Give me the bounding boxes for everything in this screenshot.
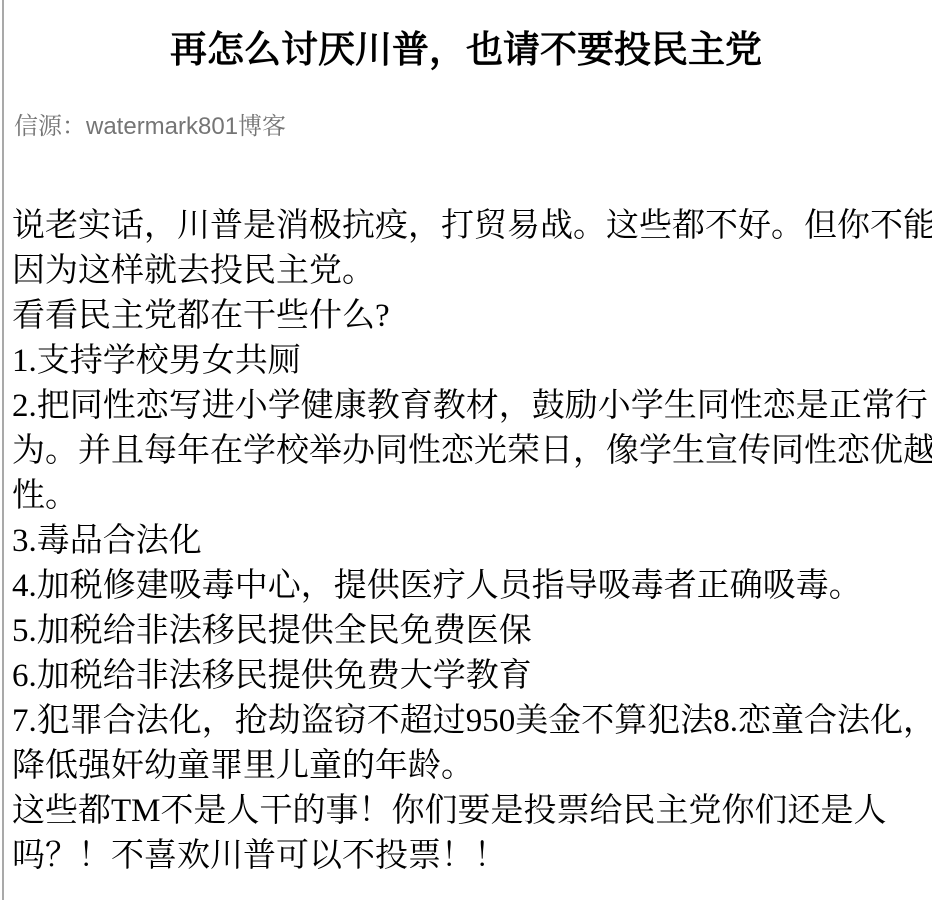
body-line: 这些都TM不是人干的事！你们要是投票给民主党你们还是人: [12, 789, 916, 834]
body-line: 7.犯罪合法化，抢劫盗窃不超过950美金不算犯法8.恋童合法化，: [12, 699, 916, 744]
body-line: 说老实话，川普是消极抗疫，打贸易战。这些都不好。但你不能: [12, 204, 916, 249]
body-line: 降低强奸幼童罪里儿童的年龄。: [12, 744, 916, 789]
body-line: 看看民主党都在干些什么?: [12, 294, 916, 339]
body-line: 5.加税给非法移民提供全民免费医保: [12, 609, 916, 654]
body-line: 因为这样就去投民主党。: [12, 249, 916, 294]
article-title: 再怎么讨厌川普，也请不要投民主党: [0, 26, 932, 74]
body-line: 6.加税给非法移民提供免费大学教育: [12, 654, 916, 699]
article-page: 再怎么讨厌川普，也请不要投民主党 信源：watermark801博客 说老实话，…: [0, 0, 932, 900]
left-edge-rule: [2, 0, 4, 900]
body-line: 为。并且每年在学校举办同性恋光荣日，像学生宣传同性恋优越: [12, 429, 916, 474]
body-line: 2.把同性恋写进小学健康教育教材，鼓励小学生同性恋是正常行: [12, 384, 916, 429]
body-line: 吗？！不喜欢川普可以不投票！！: [12, 834, 916, 879]
source-attribution: 信源：watermark801博客: [14, 112, 932, 142]
body-line: 性。: [12, 474, 916, 519]
article-body: 说老实话，川普是消极抗疫，打贸易战。这些都不好。但你不能 因为这样就去投民主党。…: [12, 204, 916, 879]
body-line: 3.毒品合法化: [12, 519, 916, 564]
body-line: 4.加税修建吸毒中心，提供医疗人员指导吸毒者正确吸毒。: [12, 564, 916, 609]
body-line: 1.支持学校男女共厕: [12, 339, 916, 384]
